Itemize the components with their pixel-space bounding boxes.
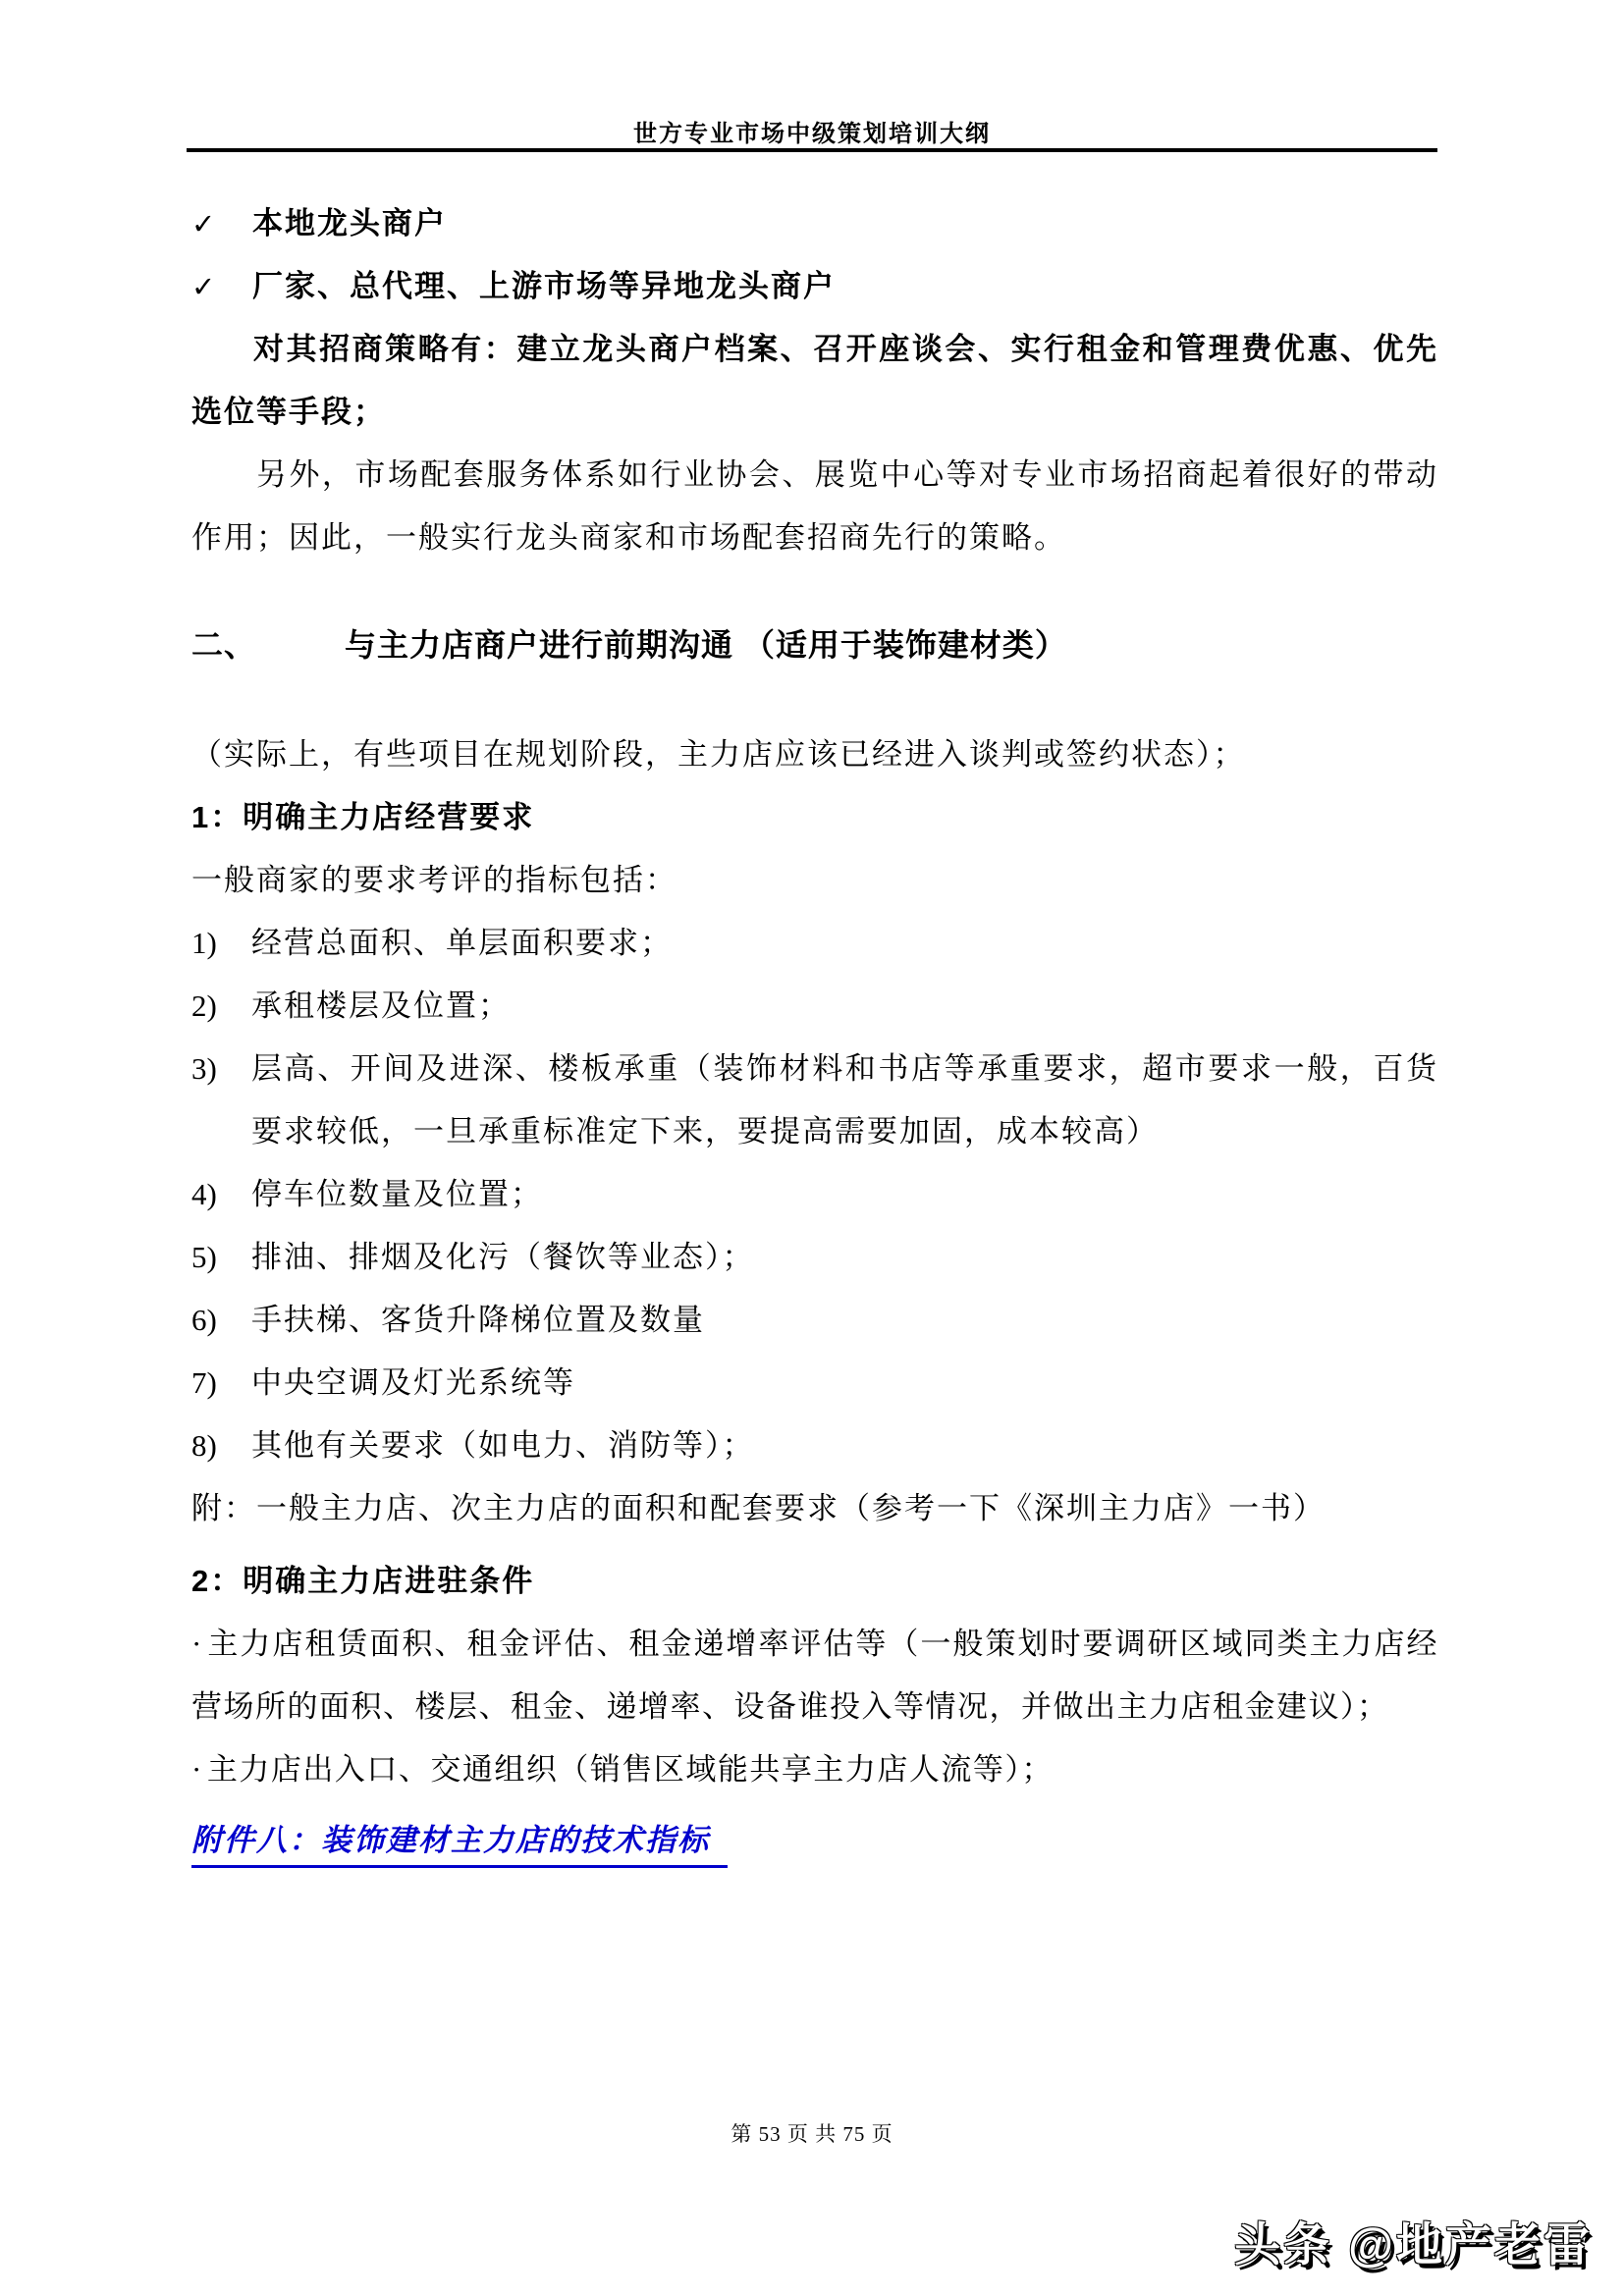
header-divider: [187, 148, 1437, 152]
requirement-item: 6)手扶梯、客货升降梯位置及数量: [191, 1289, 1438, 1352]
item-text: 手扶梯、客货升降梯位置及数量: [251, 1303, 705, 1337]
item-text: 中央空调及灯光系统等: [251, 1365, 575, 1400]
section-title: 与主力店商户进行前期沟通 （适用于装饰建材类）: [345, 627, 1067, 663]
appendix-eight-link[interactable]: 附件八：装饰建材主力店的技术指标: [191, 1818, 728, 1868]
paragraph-strategy: 对其招商策略有：建立龙头商户档案、召开座谈会、实行租金和管理费优惠、优先选位等手…: [191, 318, 1438, 444]
bullet-marker: ·: [191, 1752, 203, 1787]
item-number: 4): [191, 1163, 217, 1226]
checkmark-icon: ✓: [191, 192, 252, 255]
checklist-item-local-merchants: ✓本地龙头商户: [191, 192, 1438, 255]
section-number: 二、: [191, 627, 256, 663]
item-number: 2): [191, 975, 217, 1038]
appendix-row: 附件八：装饰建材主力店的技术指标: [191, 1809, 1438, 1872]
paragraph-supporting: 另外，市场配套服务体系如行业协会、展览中心等对专业市场招商起着很好的带动作用；因…: [191, 444, 1438, 569]
item-text: 排油、排烟及化污（餐饮等业态）；: [251, 1240, 755, 1274]
item-number: 7): [191, 1352, 217, 1415]
section-note: （实际上，有些项目在规划阶段，主力店应该已经进入谈判或签约状态）；: [191, 723, 1438, 786]
item-text: 停车位数量及位置；: [251, 1177, 543, 1211]
item-text: 其他有关要求（如电力、消防等）；: [251, 1428, 755, 1463]
requirement-item: 3)层高、开间及进深、楼板承重（装饰材料和书店等承重要求，超市要求一般，百货要求…: [191, 1038, 1438, 1163]
item-number: 8): [191, 1415, 217, 1477]
checklist-item-text: 厂家、总代理、上游市场等异地龙头商户: [252, 269, 836, 303]
requirement-item: 4)停车位数量及位置；: [191, 1163, 1438, 1226]
item-text: 承租楼层及位置；: [251, 988, 511, 1023]
item-number: 5): [191, 1226, 217, 1289]
bullet-text: 主力店出入口、交通组织（销售区域能共享主力店人流等）；: [207, 1752, 1054, 1787]
requirement-item: 8)其他有关要求（如电力、消防等）；: [191, 1415, 1438, 1477]
checklist-item-text: 本地龙头商户: [252, 206, 447, 240]
requirement-item: 2)承租楼层及位置；: [191, 975, 1438, 1038]
subsection-1-heading: 1：明确主力店经营要求: [191, 786, 1438, 849]
item-text: 层高、开间及进深、楼板承重（装饰材料和书店等承重要求，超市要求一般，百货要求较低…: [251, 1051, 1438, 1148]
document-page: 世方专业市场中级策划培训大纲 ✓本地龙头商户 ✓厂家、总代理、上游市场等异地龙头…: [0, 0, 1624, 2296]
subsection-1-intro: 一般商家的要求考评的指标包括：: [191, 849, 1438, 912]
requirement-item: 1)经营总面积、单层面积要求；: [191, 912, 1438, 975]
checklist-item-nonlocal-merchants: ✓厂家、总代理、上游市场等异地龙头商户: [191, 255, 1438, 318]
document-body: ✓本地龙头商户 ✓厂家、总代理、上游市场等异地龙头商户 对其招商策略有：建立龙头…: [191, 192, 1438, 1872]
running-head-title: 世方专业市场中级策划培训大纲: [0, 114, 1624, 148]
requirement-item: 7)中央空调及灯光系统等: [191, 1352, 1438, 1415]
bullet-text: 主力店租赁面积、租金评估、租金递增率评估等（一般策划时要调研区域同类主力店经营场…: [191, 1627, 1438, 1724]
requirement-item: 5)排油、排烟及化污（餐饮等业态）；: [191, 1226, 1438, 1289]
item-number: 1): [191, 912, 217, 975]
page-number-footer: 第 53 页 共 75 页: [0, 2118, 1624, 2148]
section-2-heading: 二、与主力店商户进行前期沟通 （适用于装饰建材类）: [191, 614, 1438, 676]
item-text: 经营总面积、单层面积要求；: [251, 926, 673, 960]
bullet-item: ·主力店出入口、交通组织（销售区域能共享主力店人流等）；: [191, 1738, 1438, 1801]
checkmark-icon: ✓: [191, 255, 252, 318]
subsection-2-heading: 2：明确主力店进驻条件: [191, 1550, 1438, 1613]
watermark-toutiao-dichanlaolei: 头条 @地产老雷: [1234, 2209, 1593, 2274]
bullet-marker: ·: [191, 1627, 203, 1661]
item-number: 3): [191, 1038, 217, 1100]
item-number: 6): [191, 1289, 217, 1352]
attachment-note: 附：一般主力店、次主力店的面积和配套要求（参考一下《深圳主力店》一书）: [191, 1477, 1438, 1540]
bullet-item: ·主力店租赁面积、租金评估、租金递增率评估等（一般策划时要调研区域同类主力店经营…: [191, 1613, 1438, 1738]
